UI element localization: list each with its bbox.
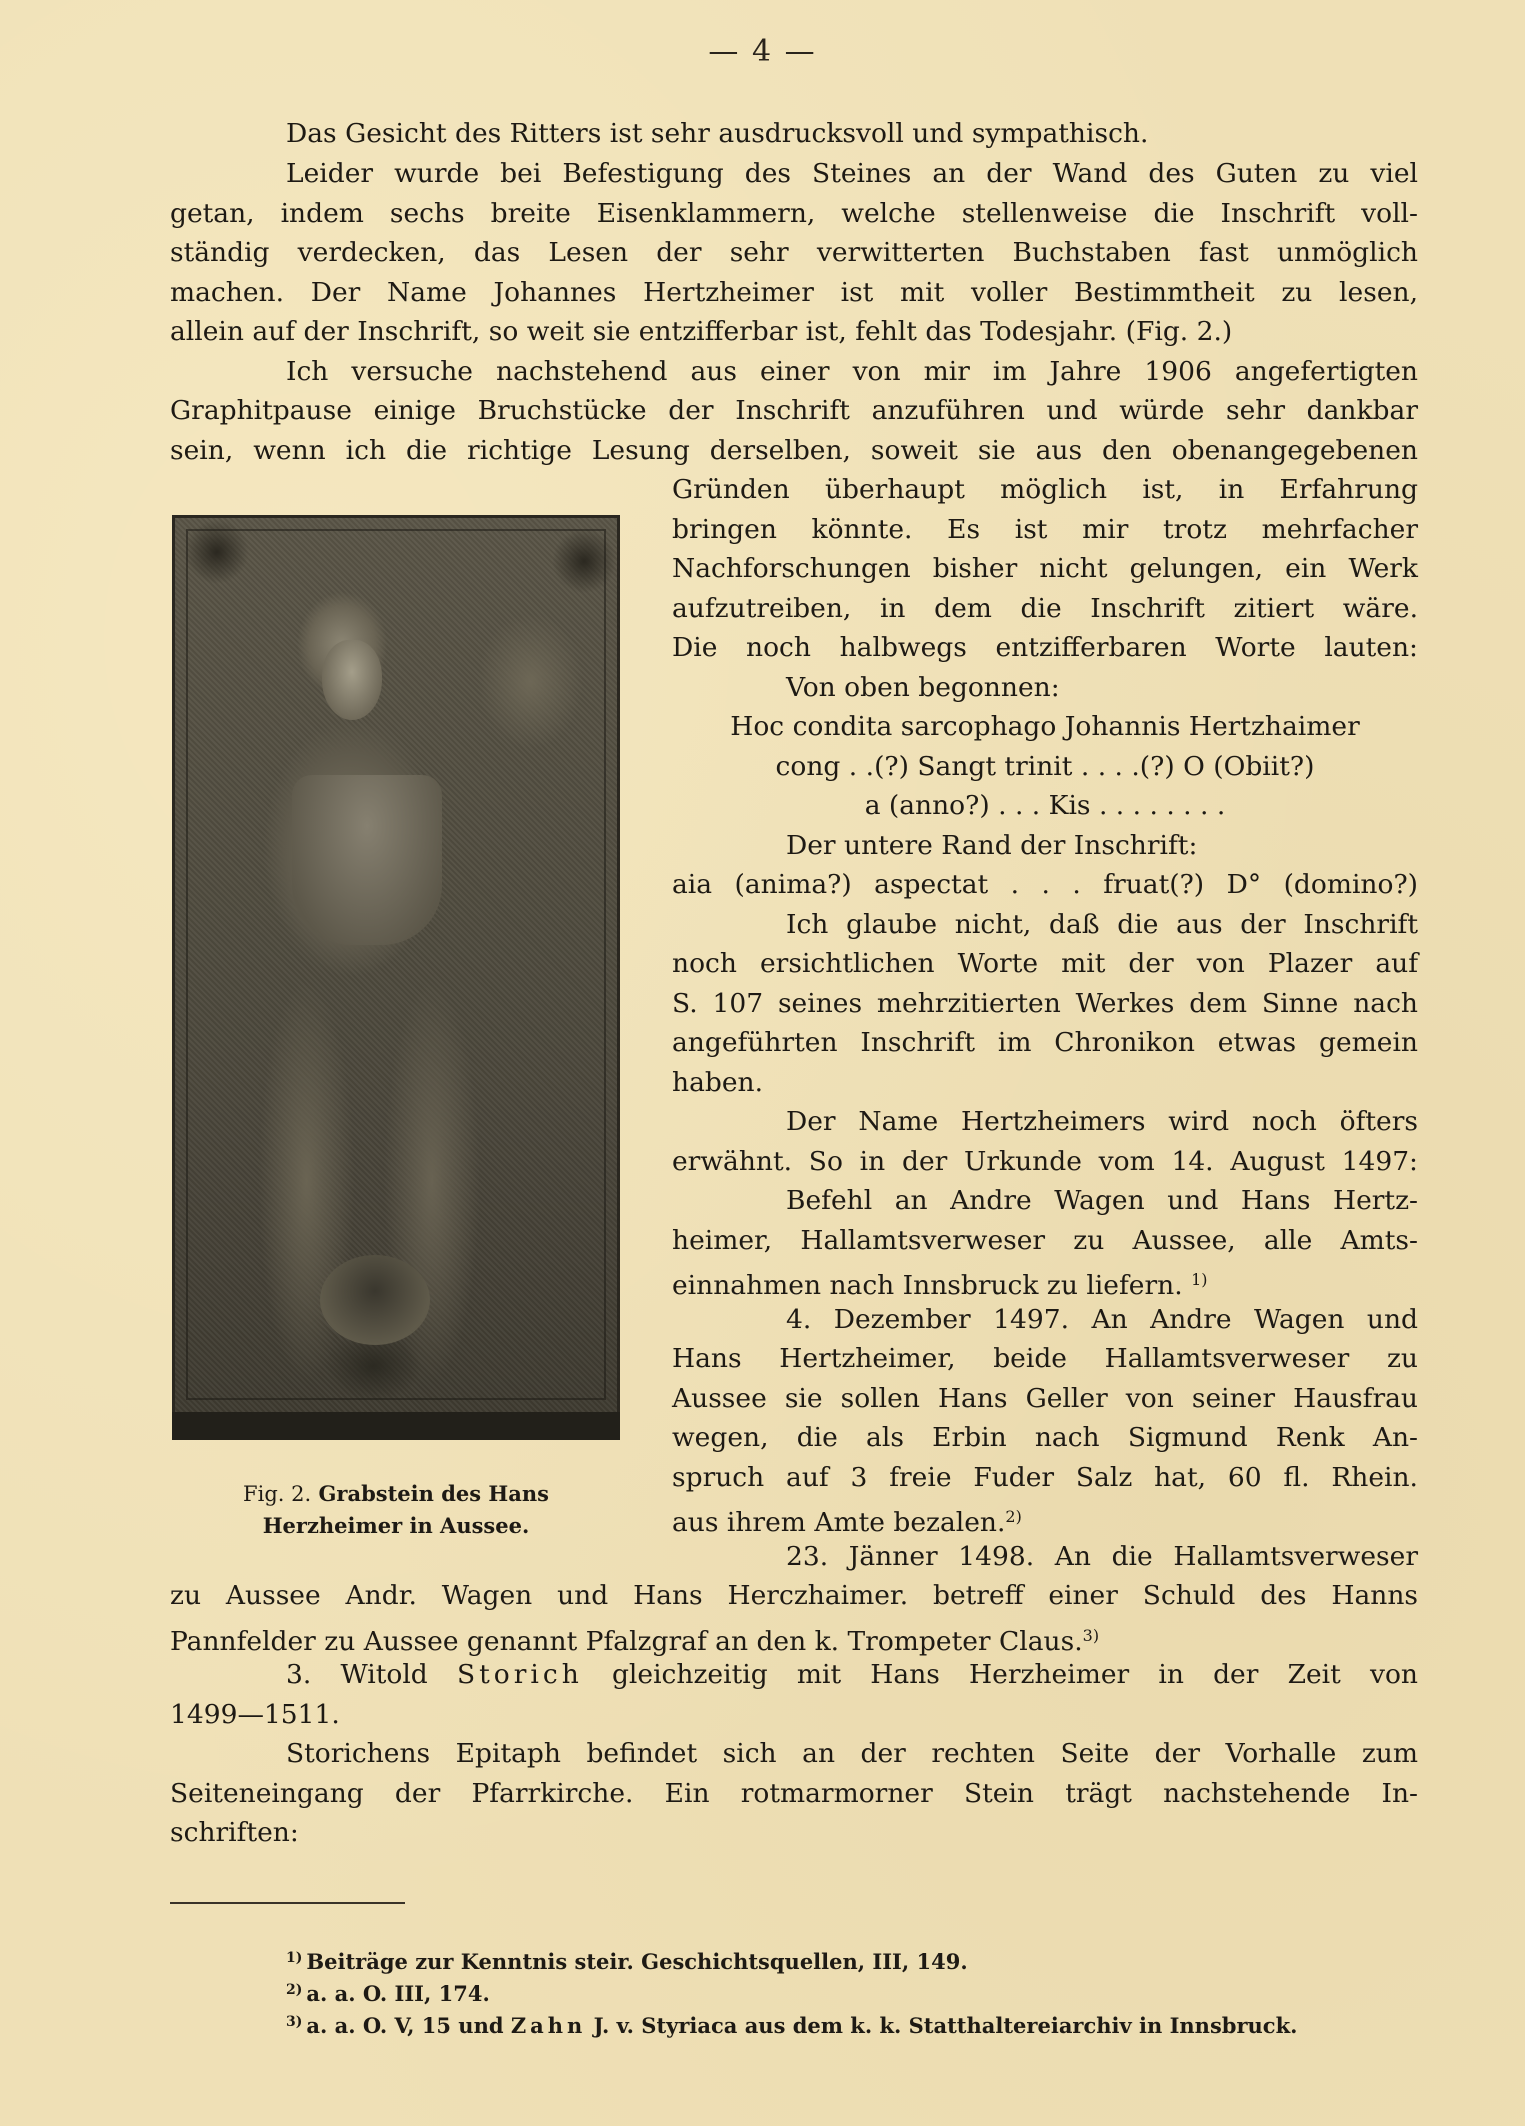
caption-text: Grabstein des Hans — [318, 1481, 548, 1506]
paragraph-line: getan, indem sechs breite Eisenklammern,… — [170, 194, 1418, 234]
paragraph-line: Ich glaube nicht, daß die aus der Inschr… — [786, 905, 1418, 945]
paragraph-line: Aussee sie sollen Hans Geller von seiner… — [672, 1379, 1418, 1419]
footnote-3: 3)a. a. O. V, 15 und Zahn J. v. Styriaca… — [286, 2007, 1297, 2041]
paragraph-line: spruch auf 3 freie Fuder Salz hat, 60 fl… — [672, 1458, 1418, 1498]
paragraph-line: Hans Hertzheimer, beide Hallamtsverweser… — [672, 1339, 1418, 1379]
paragraph-line: erwähnt. So in der Urkunde vom 14. Augus… — [672, 1142, 1418, 1182]
paragraph-line: sein, wenn ich die richtige Lesung derse… — [170, 431, 1418, 471]
paragraph-line: zu Aussee Andr. Wagen und Hans Herczhaim… — [170, 1576, 1418, 1616]
footnote-marker: 3) — [286, 2014, 302, 2030]
line-text: einnahmen nach Innsbruck zu liefern. — [672, 1270, 1183, 1301]
page-number: — 4 — — [0, 34, 1525, 69]
footnote-text: a. a. O. III, 174. — [306, 1981, 489, 2006]
author-name-spaced: Zahn — [511, 2013, 586, 2038]
figure-caption-line-2: Herzheimer in Aussee. — [172, 1510, 620, 1542]
paragraph-line: Befehl an Andre Wagen und Hans Hertz- — [786, 1181, 1418, 1221]
paragraph-line: S. 107 seines mehrzitierten Werkes dem S… — [672, 984, 1418, 1024]
knight-face — [322, 640, 382, 720]
knight-torso — [292, 775, 442, 945]
person-name-spaced: Storich — [457, 1659, 583, 1690]
line-text: gleichzeitig mit Hans Herzheimer in der … — [612, 1659, 1418, 1690]
paragraph-line: wegen, die als Erbin nach Sigmund Renk A… — [672, 1418, 1418, 1458]
paragraph-line: 1499—1511. — [170, 1695, 1418, 1735]
footnote-marker: 2) — [286, 1982, 302, 1998]
line-text: 3. Witold — [286, 1659, 428, 1690]
line-text: aus ihrem Amte bezalen. — [672, 1507, 1005, 1538]
paragraph-line: Das Gesicht des Ritters ist sehr ausdruc… — [286, 114, 1418, 154]
footnote-text: a. a. O. V, 15 und — [306, 2013, 503, 2038]
paragraph-line: 3. Witold Storich gleichzeitig mit Hans … — [286, 1655, 1418, 1695]
footnote-marker: 1) — [286, 1950, 302, 1966]
footnote-reference[interactable]: 2) — [1005, 1507, 1021, 1526]
footnote-divider — [170, 1902, 405, 1904]
gravestone-photo — [172, 515, 620, 1440]
paragraph-line: noch ersichtlichen Worte mit der von Pla… — [672, 944, 1418, 984]
inscription-heading: Von oben begonnen: — [786, 668, 1418, 708]
inscription-heading: Der untere Rand der Inschrift: — [786, 826, 1418, 866]
paragraph-line: Pannfelder zu Aussee genannt Pfalzgraf a… — [170, 1616, 1418, 1656]
footnote-2: 2)a. a. O. III, 174. — [286, 1975, 490, 2009]
paragraph-line: Leider wurde bei Befestigung des Steines… — [286, 154, 1418, 194]
paragraph-line: schriften: — [170, 1813, 1418, 1853]
stone-base — [172, 1412, 620, 1440]
paragraph-line: Ich versuche nachstehend aus einer von m… — [286, 352, 1418, 392]
paragraph-line: Seiteneingang der Pfarrkirche. Ein rotma… — [170, 1774, 1418, 1814]
paragraph-line: aus ihrem Amte bezalen.2) — [672, 1497, 1418, 1537]
line-text: Pannfelder zu Aussee genannt Pfalzgraf a… — [170, 1626, 1083, 1657]
inscription-line: aia (anima?) aspectat . . . fruat(?) D° … — [672, 865, 1418, 905]
paragraph-line: haben. — [672, 1063, 1418, 1103]
paragraph-line: einnahmen nach Innsbruck zu liefern. 1) — [672, 1260, 1418, 1300]
inscription-line: Hoc condita sarcophago Johannis Hertzhai… — [672, 707, 1418, 747]
paragraph-line: allein auf der Inschrift, so weit sie en… — [170, 312, 1418, 352]
paragraph-line: aufzutreiben, in dem die Inschrift zitie… — [672, 589, 1418, 629]
paragraph-line: 23. Jänner 1498. An die Hallamtsverweser — [786, 1537, 1418, 1577]
paragraph-line: 4. Dezember 1497. An Andre Wagen und — [786, 1300, 1418, 1340]
figure-caption-line-1: Fig. 2. Grabstein des Hans — [172, 1478, 620, 1510]
inscription-line: a (anno?) . . . Kis . . . . . . . . — [672, 786, 1418, 826]
paragraph-line: Der Name Hertzheimers wird noch öfters — [786, 1102, 1418, 1142]
figure-label: Fig. 2. — [243, 1482, 311, 1506]
paragraph-line: heimer, Hallamtsverweser zu Aussee, alle… — [672, 1221, 1418, 1261]
footnote-text: Beiträge zur Kenntnis steir. Geschichtsq… — [306, 1949, 967, 1974]
paragraph-line: machen. Der Name Johannes Hertzheimer is… — [170, 273, 1418, 313]
paragraph-line: Storichens Epitaph befindet sich an der … — [286, 1734, 1418, 1774]
footnote-text: J. v. Styriaca aus dem k. k. Statthalter… — [594, 2013, 1298, 2038]
paragraph-line: angeführten Inschrift im Chronikon etwas… — [672, 1023, 1418, 1063]
paragraph-line: bringen könnte. Es ist mir trotz mehrfac… — [672, 510, 1418, 550]
footnote-1: 1)Beiträge zur Kenntnis steir. Geschicht… — [286, 1943, 968, 1977]
footnote-reference[interactable]: 1) — [1191, 1270, 1207, 1289]
inscription-line: cong . .(?) Sangt trinit . . . .(?) O (O… — [672, 747, 1418, 787]
paragraph-line: Gründen überhaupt möglich ist, in Erfahr… — [672, 470, 1418, 510]
footnote-reference[interactable]: 3) — [1083, 1626, 1099, 1645]
paragraph-line: ständig verdecken, das Lesen der sehr ve… — [170, 233, 1418, 273]
paragraph-line: Graphitpause einige Bruchstücke der Insc… — [170, 391, 1418, 431]
paragraph-line: Nachforschungen bisher nicht gelungen, e… — [672, 549, 1418, 589]
helmet-relief — [320, 1255, 430, 1345]
paragraph-line: Die noch halbwegs entzifferbaren Worte l… — [672, 628, 1418, 668]
